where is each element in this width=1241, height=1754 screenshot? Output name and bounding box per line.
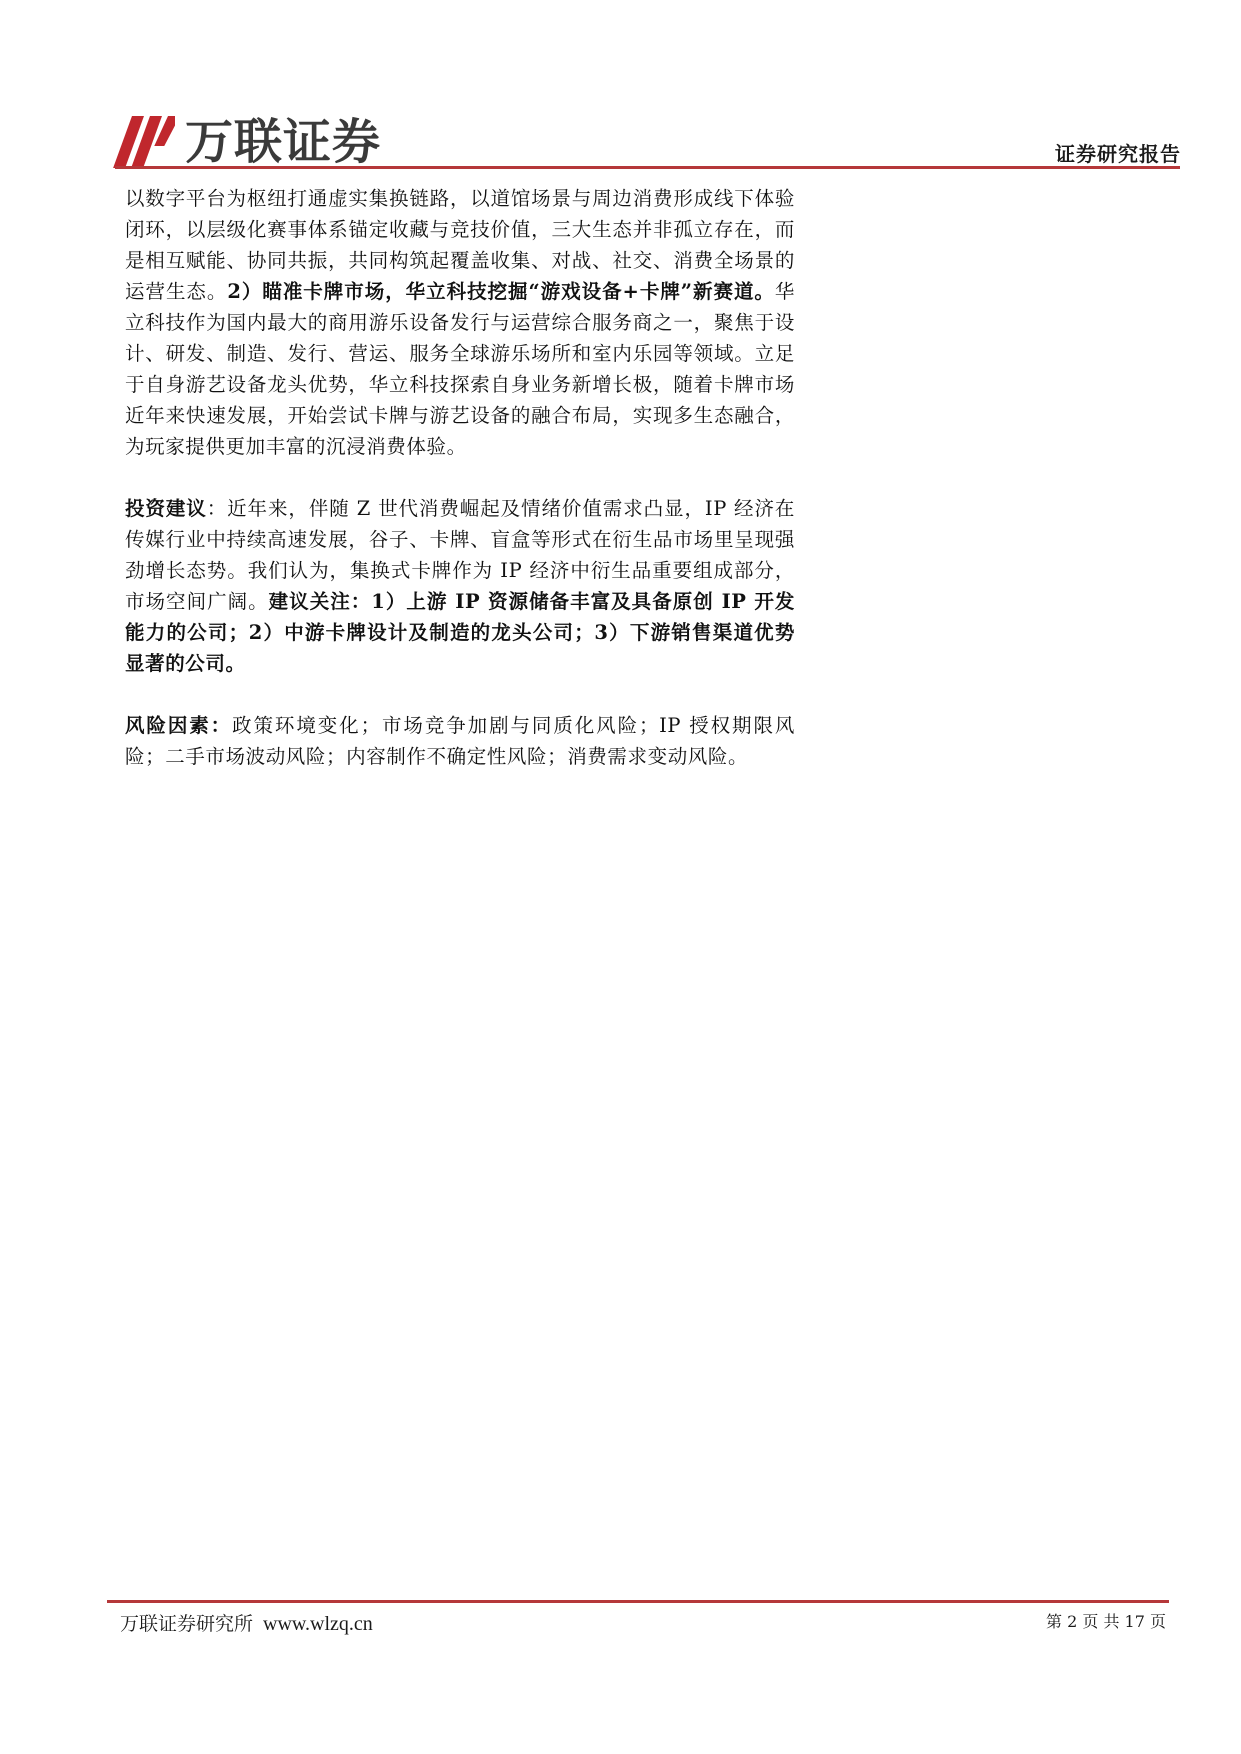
page-number: 第 2 页 共 17 页 [1046,1609,1166,1632]
report-body: 以数字平台为枢纽打通虚实集换链路，以道馆场景与周边消费形成线下体验闭环，以层级化… [125,183,795,803]
logo-text: 万联证券 [185,116,381,168]
header-divider [115,166,1180,169]
footer-institute: 万联证券研究所www.wlzq.cn [120,1609,373,1636]
paragraph-investment-advice: 投资建议：近年来，伴随 Z 世代消费崛起及情绪价值需求凸显，IP 经济在传媒行业… [125,493,795,679]
section-label-investment: 投资建议 [125,497,207,520]
paragraph-text: 华立科技作为国内最大的商用游乐设备发行与运营综合服务商之一，聚焦于设计、研发、制… [125,280,795,458]
institute-name: 万联证券研究所 [120,1613,253,1635]
paragraph-risk-factors: 风险因素：政策环境变化；市场竞争加剧与同质化风险；IP 授权期限风险；二手市场波… [125,710,795,772]
bold-highlight: 2）瞄准卡牌市场，华立科技挖掘“游戏设备+卡牌”新赛道。 [227,280,775,303]
company-logo: 万联证券 [113,112,381,168]
website-link[interactable]: www.wlzq.cn [263,1613,373,1635]
footer-divider [107,1600,1169,1603]
report-type-label: 证券研究报告 [1055,138,1181,167]
section-label-risk: 风险因素： [125,714,232,737]
page-header: 万联证券 证券研究报告 [0,0,1241,175]
wanlian-w-logo-icon [113,116,175,168]
paragraph-ecosystem: 以数字平台为枢纽打通虚实集换链路，以道馆场景与周边消费形成线下体验闭环，以层级化… [125,183,795,462]
